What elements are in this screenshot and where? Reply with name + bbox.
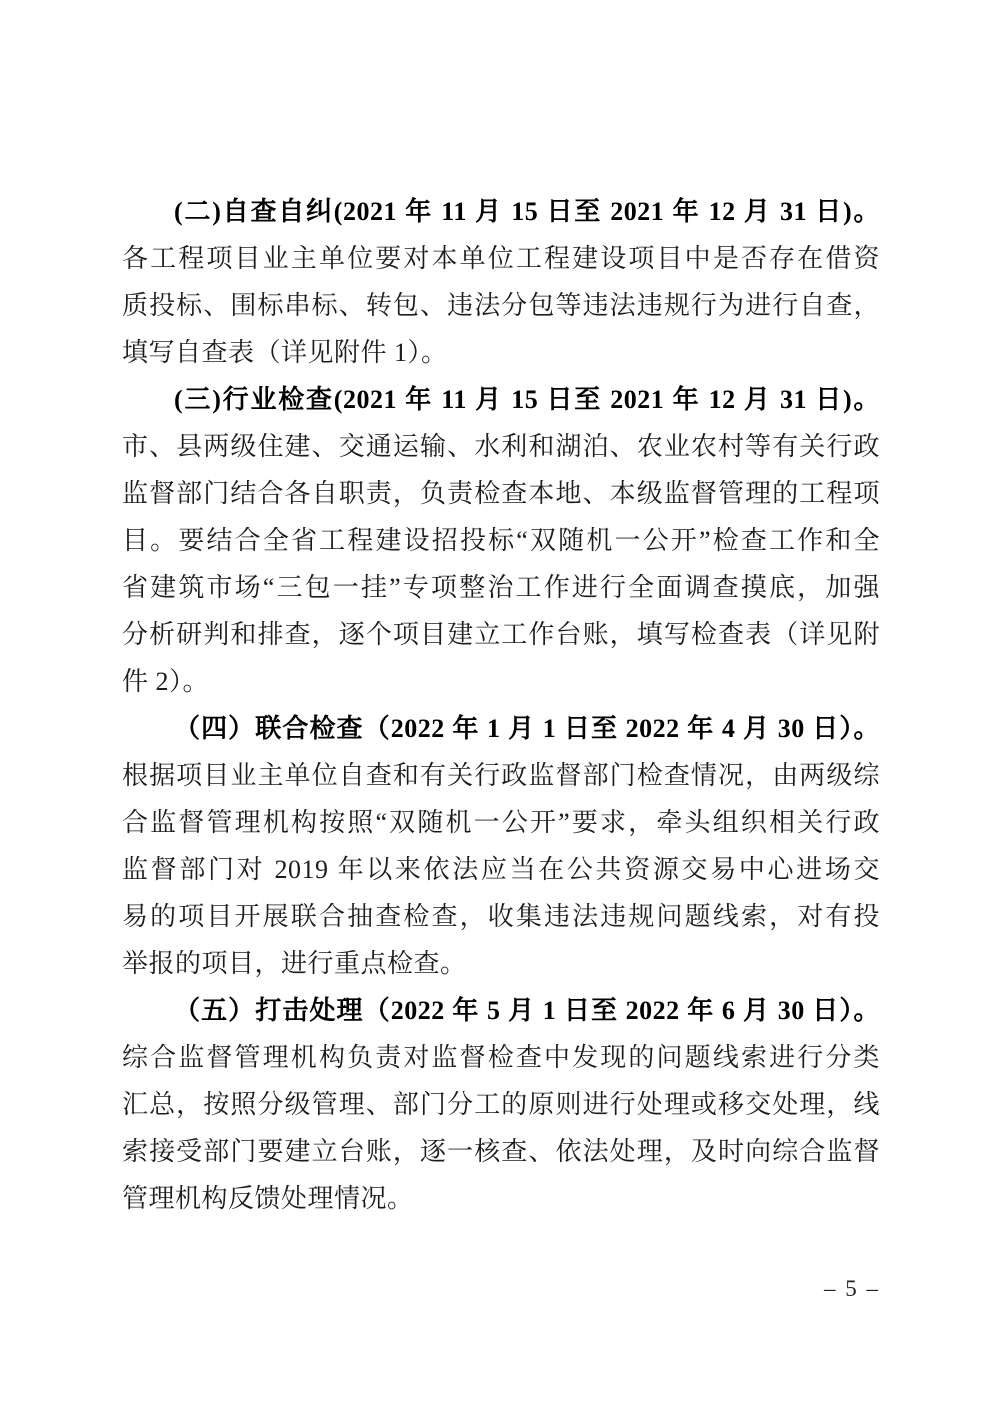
section-5-heading: （五）打击处理（2022 年 5 月 1 日至 2022 年 6 月 30 日）… — [122, 987, 880, 1034]
section-3-line: 省建筑市场“三包一挂”专项整治工作进行全面调查摸底，加强 — [122, 564, 880, 611]
section-3-line: 件 2）。 — [122, 658, 880, 705]
page-number: – 5 – — [824, 1276, 880, 1302]
section-2-line: 各工程项目业主单位要对本单位工程建设项目中是否存在借资 — [122, 235, 880, 282]
section-3-line: 市、县两级住建、交通运输、水利和湖泊、农业农村等有关行政 — [122, 423, 880, 470]
section-3-line: 目。要结合全省工程建设招投标“双随机一公开”检查工作和全 — [122, 517, 880, 564]
section-4-line: 举报的项目，进行重点检查。 — [122, 940, 880, 987]
document-page: (二)自查自纠(2021 年 11 月 15 日至 2021 年 12 月 31… — [0, 0, 1000, 1414]
section-4-heading: （四）联合检查（2022 年 1 月 1 日至 2022 年 4 月 30 日）… — [122, 705, 880, 752]
section-3-line: 分析研判和排查，逐个项目建立工作台账，填写检查表（详见附 — [122, 611, 880, 658]
section-5-line: 综合监督管理机构负责对监督检查中发现的问题线索进行分类 — [122, 1034, 880, 1081]
section-2-line: 质投标、围标串标、转包、违法分包等违法违规行为进行自查， — [122, 282, 880, 329]
section-5-line: 管理机构反馈处理情况。 — [122, 1175, 880, 1222]
section-2-heading: (二)自查自纠(2021 年 11 月 15 日至 2021 年 12 月 31… — [122, 188, 880, 235]
section-2-line: 填写自查表（详见附件 1）。 — [122, 329, 880, 376]
section-3-heading: (三)行业检查(2021 年 11 月 15 日至 2021 年 12 月 31… — [122, 376, 880, 423]
section-5-line: 索接受部门要建立台账，逐一核查、依法处理，及时向综合监督 — [122, 1128, 880, 1175]
section-4-line: 根据项目业主单位自查和有关行政监督部门检查情况，由两级综 — [122, 752, 880, 799]
section-4-line: 监督部门对 2019 年以来依法应当在公共资源交易中心进场交 — [122, 846, 880, 893]
document-body: (二)自查自纠(2021 年 11 月 15 日至 2021 年 12 月 31… — [122, 188, 880, 1222]
section-5-line: 汇总，按照分级管理、部门分工的原则进行处理或移交处理，线 — [122, 1081, 880, 1128]
section-4-line: 易的项目开展联合抽查检查，收集违法违规问题线索，对有投诉、 — [122, 893, 880, 940]
section-4-line: 合监督管理机构按照“双随机一公开”要求，牵头组织相关行政 — [122, 799, 880, 846]
section-3-line: 监督部门结合各自职责，负责检查本地、本级监督管理的工程项 — [122, 470, 880, 517]
